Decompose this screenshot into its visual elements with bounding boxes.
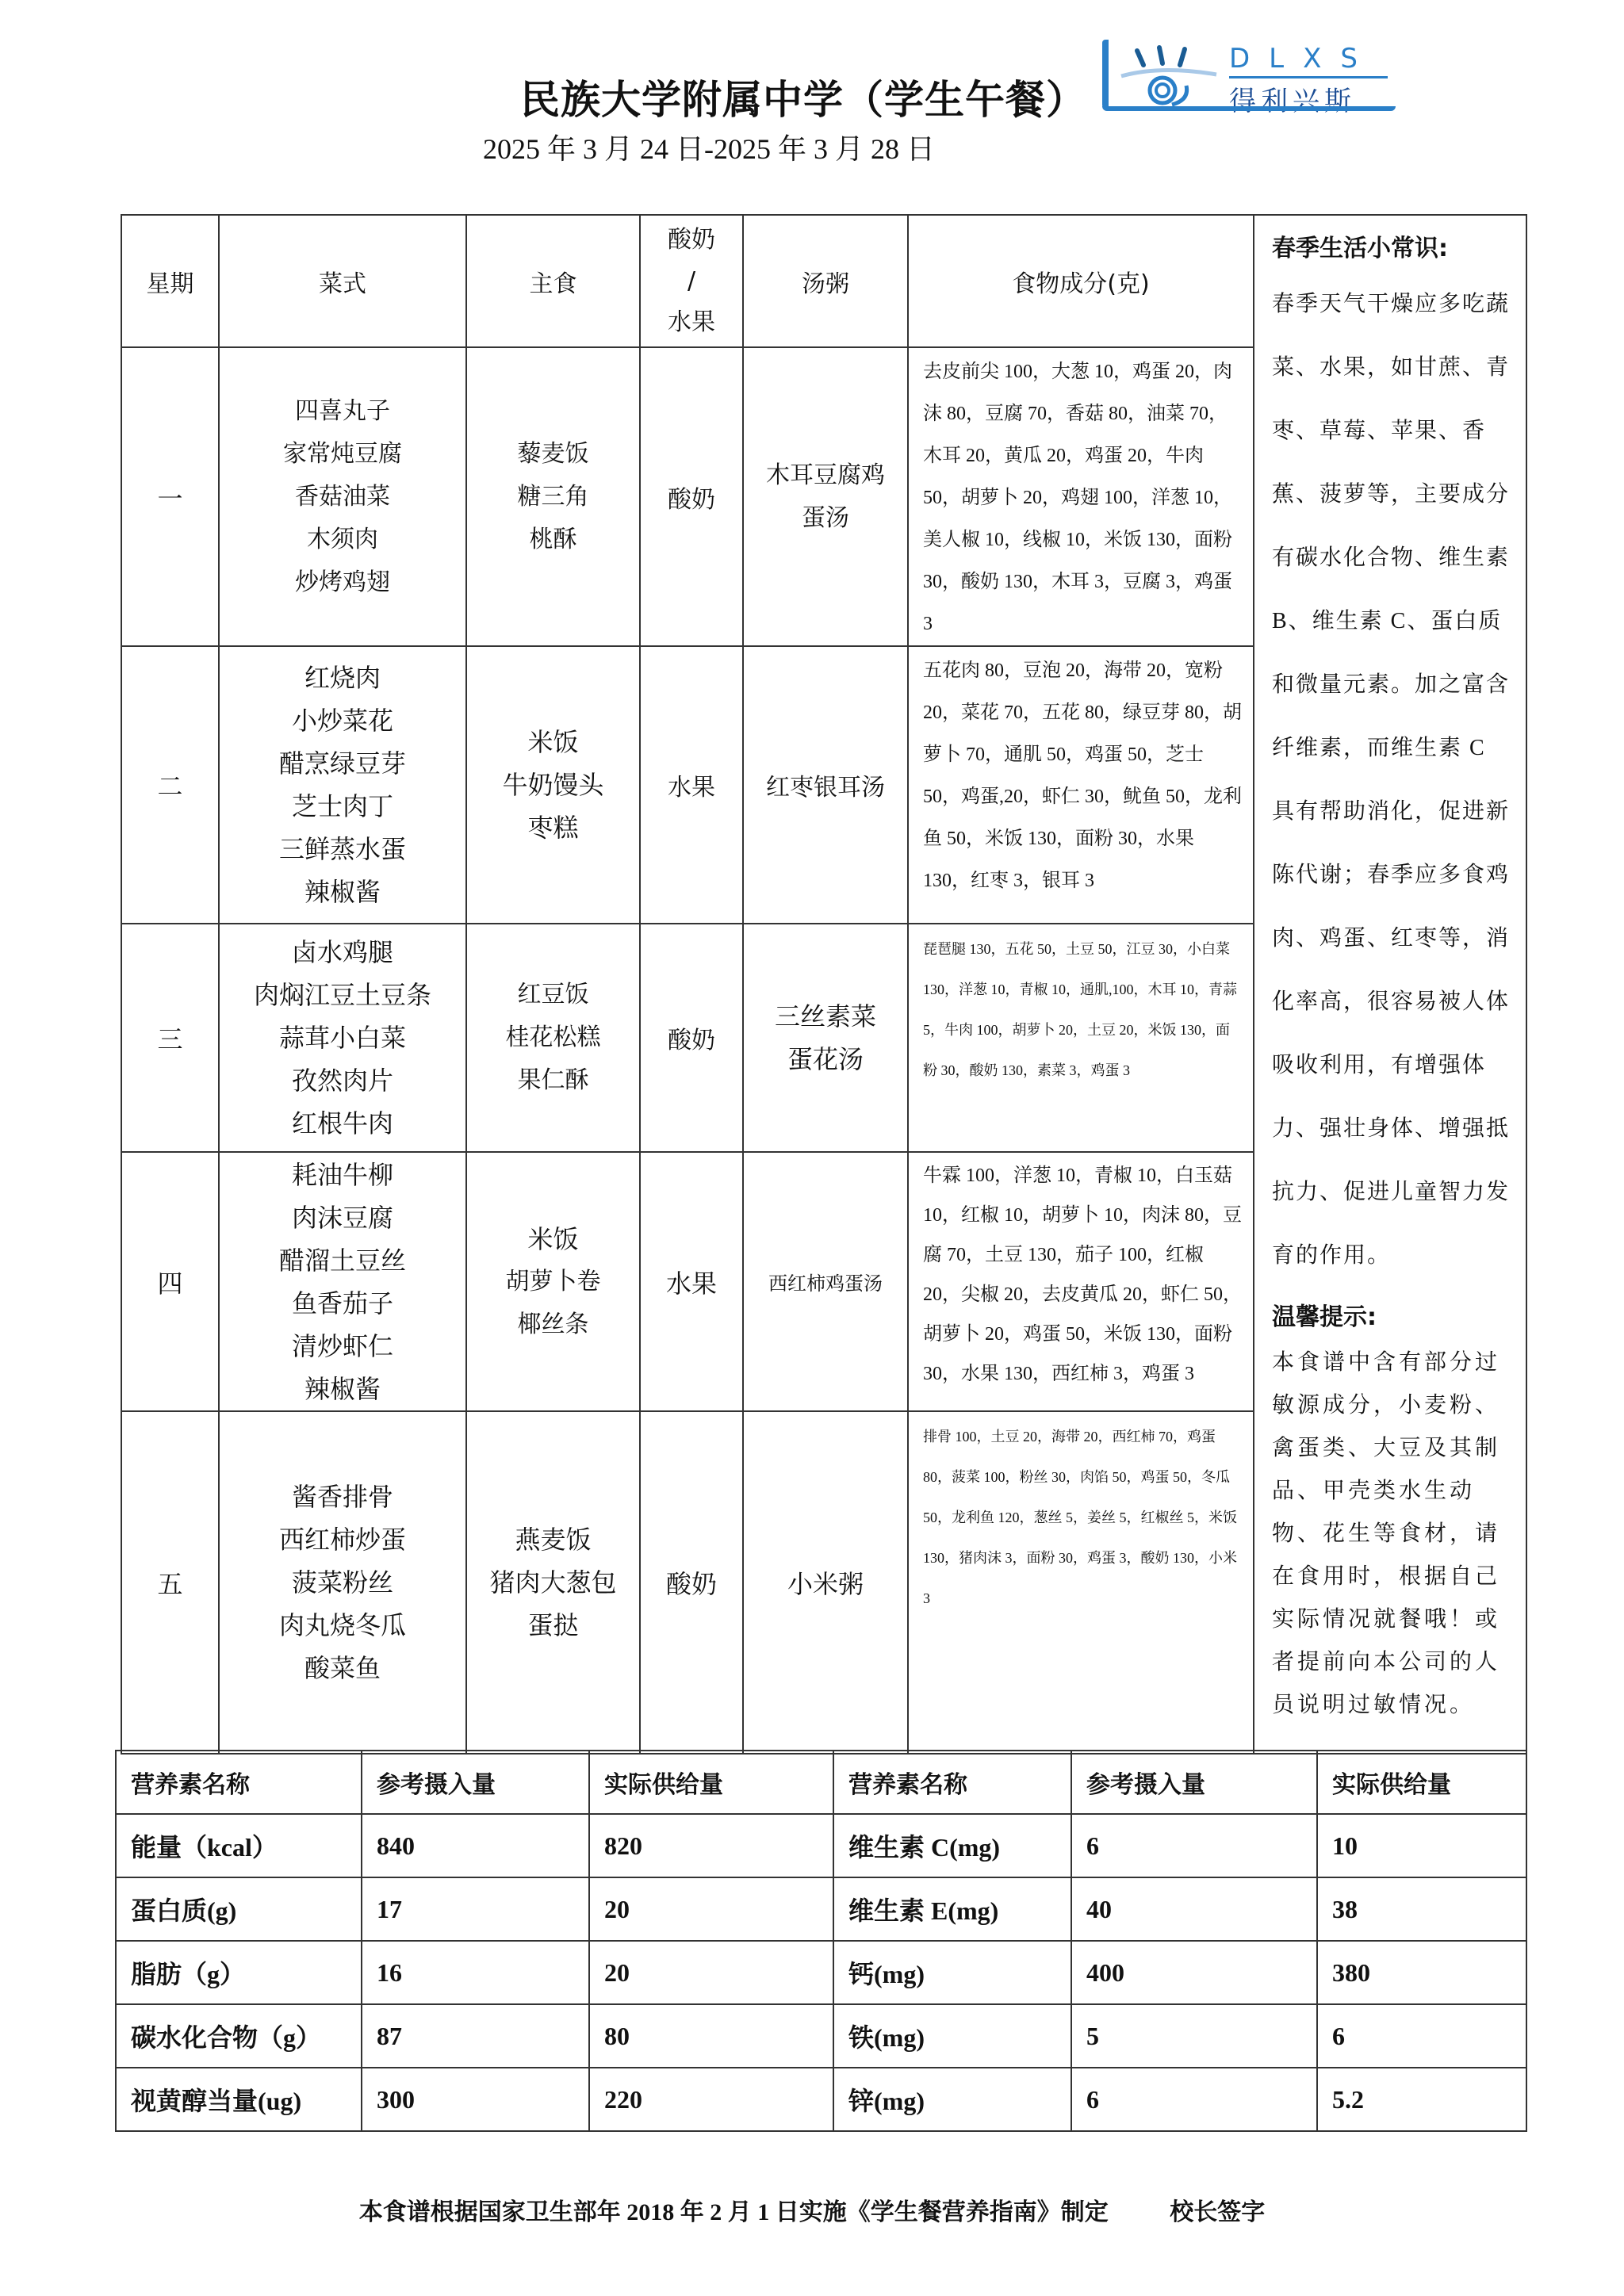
staple-item: 牛奶馒头 [467, 763, 639, 806]
dish-item: 西红柿炒蛋 [220, 1518, 465, 1561]
soup-cell: 木耳豆腐鸡蛋汤 [743, 347, 908, 646]
nutrition-header-row: 营养素名称 参考摄入量 实际供给量 营养素名称 参考摄入量 实际供给量 [116, 1751, 1526, 1814]
day-cell: 一 [121, 347, 219, 646]
page-title: 民族大学附属中学（学生午餐） [0, 68, 1086, 125]
logo-bottom-bar [1102, 106, 1396, 111]
nutrition-row: 脂肪（g） 16 20 钙(mg) 400 380 [116, 1941, 1526, 2004]
actual-supply: 38 [1317, 1877, 1526, 1941]
staple-cell: 米饭 胡萝卜卷 椰丝条 [466, 1152, 640, 1411]
staple-item: 桂花松糕 [467, 1016, 639, 1059]
dish-item: 红烧肉 [220, 656, 465, 699]
nutrition-header: 营养素名称 [833, 1751, 1071, 1814]
header-slash: / [641, 261, 742, 302]
reference-intake: 6 [1071, 2068, 1317, 2131]
staple-item: 藜麦饭 [467, 433, 639, 476]
day-cell: 三 [121, 924, 219, 1152]
staple-cell: 米饭 牛奶馒头 枣糕 [466, 646, 640, 924]
ingredients-cell: 琵琶腿 130，五花 50，土豆 50，江豆 30，小白菜 130，洋葱 10，… [908, 924, 1254, 1152]
actual-supply: 20 [589, 1941, 833, 2004]
staple-item: 椰丝条 [467, 1303, 639, 1346]
ingredients-cell: 牛霖 100，洋葱 10，青椒 10，白玉菇 10，红椒 10，胡萝卜 10，肉… [908, 1152, 1254, 1411]
staple-item: 米饭 [467, 721, 639, 763]
dish-item: 炒烤鸡翅 [220, 561, 465, 604]
reference-intake: 840 [362, 1814, 589, 1877]
yogurt-fruit-cell: 水果 [640, 646, 743, 924]
day-cell: 四 [121, 1152, 219, 1411]
nutrient-name: 碳水化合物（g） [116, 2004, 362, 2068]
staple-item: 红豆饭 [467, 974, 639, 1016]
nutrient-name: 能量（kcal） [116, 1814, 362, 1877]
staple-item: 枣糕 [467, 806, 639, 849]
menu-header-row: 星期 菜式 主食 酸奶 / 水果 汤粥 食物成分(克) 春季生活小常识: 春季天… [121, 215, 1526, 347]
staple-item: 果仁酥 [467, 1059, 639, 1102]
dish-item: 酸菜鱼 [220, 1647, 465, 1689]
date-range-text: 2025 年 3 月 24 日-2025 年 3 月 28 日 [483, 127, 935, 167]
actual-supply: 380 [1317, 1941, 1526, 2004]
dish-item: 辣椒酱 [220, 871, 465, 913]
nutrition-header: 实际供给量 [1317, 1751, 1526, 1814]
header-fruit-label: 水果 [641, 302, 742, 343]
nutrition-header: 参考摄入量 [362, 1751, 589, 1814]
dish-item: 卤水鸡腿 [220, 931, 465, 974]
date-range: 2025 年 3 月 24 日-2025 年 3 月 28 日 [0, 127, 1624, 167]
nutrient-name: 钙(mg) [833, 1941, 1071, 2004]
dish-item: 蒜茸小白菜 [220, 1016, 465, 1059]
header-day: 星期 [121, 215, 219, 347]
dish-item: 肉沫豆腐 [220, 1196, 465, 1239]
header-staple: 主食 [466, 215, 640, 347]
dish-item: 芝士肉丁 [220, 785, 465, 828]
warm-reminder-title: 温馨提示: [1272, 1294, 1511, 1341]
header-ingredients: 食物成分(克) [908, 215, 1254, 347]
header-soup: 汤粥 [743, 215, 908, 347]
nutrition-header: 实际供给量 [589, 1751, 833, 1814]
logo-text-en: DLXS [1229, 43, 1377, 75]
nutrient-name: 维生素 E(mg) [833, 1877, 1071, 1941]
day-cell: 二 [121, 646, 219, 924]
reference-intake: 5 [1071, 2004, 1317, 2068]
nutrient-name: 蛋白质(g) [116, 1877, 362, 1941]
dish-item: 辣椒酱 [220, 1368, 465, 1410]
reference-intake: 17 [362, 1877, 589, 1941]
nutrition-row: 碳水化合物（g） 87 80 铁(mg) 5 6 [116, 2004, 1526, 2068]
ingredients-cell: 排骨 100，土豆 20，海带 20，西红柿 70，鸡蛋 80，菠菜 100，粉… [908, 1411, 1254, 1754]
warm-reminder-text: 本食谱中含有部分过敏源成分，小麦粉、禽蛋类、大豆及其制品、甲壳类水生动物、花生等… [1272, 1341, 1511, 1727]
principal-signature-label: 校长签字 [1170, 2199, 1265, 2225]
ingredients-cell: 五花肉 80，豆泡 20，海带 20，宽粉 20，菜花 70，五花 80，绿豆芽… [908, 646, 1254, 924]
logo-text-cn: 得利兴斯 [1229, 79, 1356, 118]
header-yogurt-fruit: 酸奶 / 水果 [640, 215, 743, 347]
soup-cell: 红枣银耳汤 [743, 646, 908, 924]
reference-intake: 300 [362, 2068, 589, 2131]
nutrient-name: 维生素 C(mg) [833, 1814, 1071, 1877]
dish-item: 菠菜粉丝 [220, 1561, 465, 1604]
ingredients-cell: 去皮前尖 100，大葱 10，鸡蛋 20，肉沫 80，豆腐 70，香菇 80，油… [908, 347, 1254, 646]
yogurt-fruit-cell: 酸奶 [640, 347, 743, 646]
spring-tips-text: 春季天气干燥应多吃蔬菜、水果，如甘蔗、青枣、草莓、苹果、香蕉、菠萝等，主要成分有… [1272, 273, 1511, 1288]
dish-item: 香菇油菜 [220, 476, 465, 519]
yogurt-fruit-cell: 水果 [640, 1152, 743, 1411]
nutrient-name: 锌(mg) [833, 2068, 1071, 2131]
dish-item: 家常炖豆腐 [220, 433, 465, 476]
soup-cell: 三丝素菜蛋花汤 [743, 924, 908, 1152]
actual-supply: 6 [1317, 2004, 1526, 2068]
actual-supply: 80 [589, 2004, 833, 2068]
dishes-cell: 四喜丸子 家常炖豆腐 香菇油菜 木须肉 炒烤鸡翅 [219, 347, 466, 646]
nutrition-header: 营养素名称 [116, 1751, 362, 1814]
header-dishes: 菜式 [219, 215, 466, 347]
yogurt-fruit-cell: 酸奶 [640, 1411, 743, 1754]
reference-intake: 6 [1071, 1814, 1317, 1877]
nutrition-row: 视黄醇当量(ug) 300 220 锌(mg) 6 5.2 [116, 2068, 1526, 2131]
staple-item: 蛋挞 [467, 1604, 639, 1647]
header-yogurt-label: 酸奶 [641, 220, 742, 261]
reference-intake: 87 [362, 2004, 589, 2068]
staple-item: 桃酥 [467, 519, 639, 561]
yogurt-fruit-cell: 酸奶 [640, 924, 743, 1152]
dish-item: 四喜丸子 [220, 390, 465, 433]
dish-item: 醋烹绿豆芽 [220, 742, 465, 785]
day-cell: 五 [121, 1411, 219, 1754]
nutrient-name: 脂肪（g） [116, 1941, 362, 2004]
weekly-menu-table: 星期 菜式 主食 酸奶 / 水果 汤粥 食物成分(克) 春季生活小常识: 春季天… [121, 214, 1527, 1755]
nutrition-table: 营养素名称 参考摄入量 实际供给量 营养素名称 参考摄入量 实际供给量 能量（k… [115, 1750, 1527, 2132]
staple-item: 糖三角 [467, 476, 639, 519]
sidebar-notes: 春季生活小常识: 春季天气干燥应多吃蔬菜、水果，如甘蔗、青枣、草莓、苹果、香蕉、… [1254, 215, 1526, 1754]
staple-item: 胡萝卜卷 [467, 1261, 639, 1303]
dishes-cell: 红烧肉 小炒菜花 醋烹绿豆芽 芝士肉丁 三鲜蒸水蛋 辣椒酱 [219, 646, 466, 924]
soup-cell: 小米粥 [743, 1411, 908, 1754]
dish-item: 小炒菜花 [220, 699, 465, 742]
reference-intake: 40 [1071, 1877, 1317, 1941]
footer-note: 本食谱根据国家卫生部年 2018 年 2 月 1 日实施《学生餐营养指南》制定 [359, 2199, 1109, 2225]
staple-item: 燕麦饭 [467, 1518, 639, 1561]
dish-item: 红根牛肉 [220, 1102, 465, 1145]
staple-cell: 红豆饭 桂花松糕 果仁酥 [466, 924, 640, 1152]
nutrient-name: 视黄醇当量(ug) [116, 2068, 362, 2131]
logo-divider [1229, 76, 1388, 78]
swirl-eye-logo-icon [1113, 41, 1224, 106]
company-logo: DLXS 得利兴斯 [1102, 40, 1396, 111]
spring-tips-title: 春季生活小常识: [1272, 228, 1511, 263]
nutrient-name: 铁(mg) [833, 2004, 1071, 2068]
actual-supply: 10 [1317, 1814, 1526, 1877]
footer: 本食谱根据国家卫生部年 2018 年 2 月 1 日实施《学生餐营养指南》制定 … [0, 2192, 1624, 2227]
dish-item: 酱香排骨 [220, 1475, 465, 1518]
dish-item: 耗油牛柳 [220, 1154, 465, 1196]
soup-cell: 西红柿鸡蛋汤 [743, 1152, 908, 1411]
actual-supply: 820 [589, 1814, 833, 1877]
nutrition-header: 参考摄入量 [1071, 1751, 1317, 1814]
dishes-cell: 酱香排骨 西红柿炒蛋 菠菜粉丝 肉丸烧冬瓜 酸菜鱼 [219, 1411, 466, 1754]
dish-item: 木须肉 [220, 519, 465, 561]
staple-cell: 燕麦饭 猪肉大葱包 蛋挞 [466, 1411, 640, 1754]
dish-item: 鱼香茄子 [220, 1282, 465, 1325]
staple-item: 米饭 [467, 1218, 639, 1261]
dish-item: 肉丸烧冬瓜 [220, 1604, 465, 1647]
logo-left-bar [1102, 40, 1109, 111]
actual-supply: 5.2 [1317, 2068, 1526, 2131]
nutrition-row: 蛋白质(g) 17 20 维生素 E(mg) 40 38 [116, 1877, 1526, 1941]
actual-supply: 20 [589, 1877, 833, 1941]
dishes-cell: 耗油牛柳 肉沫豆腐 醋溜土豆丝 鱼香茄子 清炒虾仁 辣椒酱 [219, 1152, 466, 1411]
reference-intake: 400 [1071, 1941, 1317, 2004]
reference-intake: 16 [362, 1941, 589, 2004]
dish-item: 肉焖江豆土豆条 [220, 974, 465, 1016]
dish-item: 醋溜土豆丝 [220, 1239, 465, 1282]
nutrition-row: 能量（kcal） 840 820 维生素 C(mg) 6 10 [116, 1814, 1526, 1877]
dish-item: 孜然肉片 [220, 1059, 465, 1102]
actual-supply: 220 [589, 2068, 833, 2131]
staple-cell: 藜麦饭 糖三角 桃酥 [466, 347, 640, 646]
dish-item: 清炒虾仁 [220, 1325, 465, 1368]
dish-item: 三鲜蒸水蛋 [220, 828, 465, 871]
dishes-cell: 卤水鸡腿 肉焖江豆土豆条 蒜茸小白菜 孜然肉片 红根牛肉 [219, 924, 466, 1152]
staple-item: 猪肉大葱包 [467, 1561, 639, 1604]
